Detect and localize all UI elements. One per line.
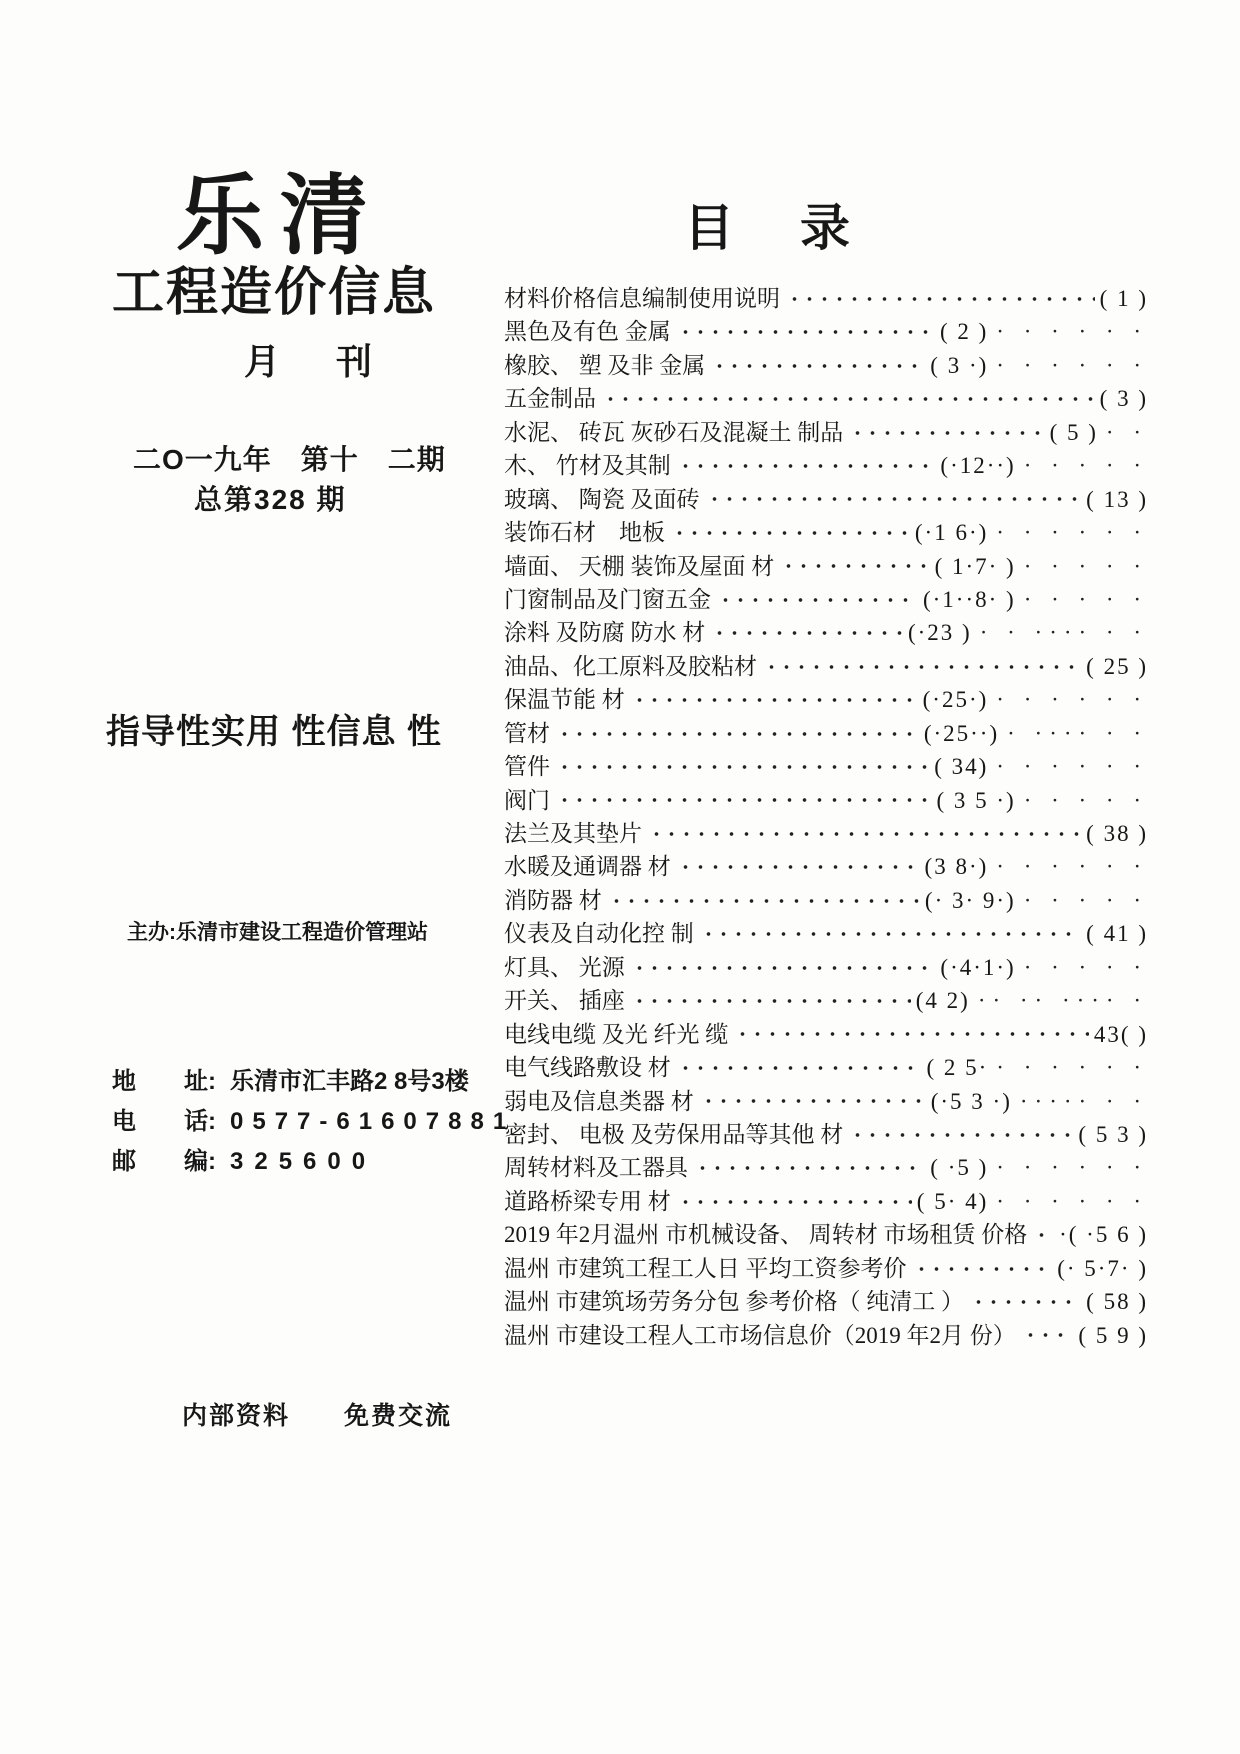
- periodicity-label: 月 刊: [244, 334, 382, 385]
- toc-entry-trail-dots: ·· ·· ···· ·: [970, 984, 1148, 1017]
- toc-entry-label: 温州 市建筑工程工人日 平均工资参考价: [504, 1252, 907, 1285]
- dot-leader: [601, 393, 1095, 405]
- toc-entry-label: 温州 市建筑场劳务分包 参考价格（ 纯清工 ）: [504, 1285, 964, 1318]
- toc-entry-page-number: ·( ·5 6 ): [1059, 1218, 1148, 1251]
- toc-entry-trail-dots: · · · · ·: [1016, 550, 1148, 583]
- toc-entry-label: 涂料 及防腐 防水 材: [504, 616, 705, 649]
- dot-leader: [676, 861, 920, 873]
- toc-entry: 水泥、 砖瓦 灰砂石及混凝土 制品 ( 5 ) · ·: [504, 416, 1148, 449]
- dot-leader: [630, 694, 918, 706]
- toc-entry: 涂料 及防腐 防水 材 (·23 ) · · ···· · ·: [504, 616, 1148, 649]
- journal-subtitle: 工程造价信息: [112, 250, 436, 325]
- dot-leader: [1032, 1229, 1054, 1241]
- toc-title: 目 录: [684, 188, 858, 260]
- toc-list: 材料价格信息编制使用说明 ( 1 ) 黑色及有色 金属 ( 2 ) · · · …: [504, 282, 1148, 1352]
- toc-entry: 五金制品 ( 3 ): [504, 382, 1148, 415]
- toc-entry: 温州 市建筑场劳务分包 参考价格（ 纯清工 ） ( 58 ): [504, 1285, 1148, 1318]
- toc-entry: 电气线路敷设 材 ( 2 5· · · · · · ·: [504, 1051, 1148, 1084]
- toc-entry-trail-dots: ····· · ·: [1012, 1085, 1148, 1118]
- toc-entry-label: 木、 竹材及其制: [504, 449, 671, 482]
- toc-entry: 门窗制品及门窗五金 (·1··8· ) · · · · ·: [504, 583, 1148, 616]
- toc-entry: 电线电缆 及光 纤光 缆 43( ): [504, 1018, 1148, 1051]
- dot-leader: [779, 560, 929, 572]
- toc-entry-page-number: (·25·): [923, 683, 989, 716]
- dot-leader: [762, 661, 1081, 673]
- contact-block: 地 址:乐清市汇丰路2 8号3楼 电 话:0577-61607881 邮 编:3…: [112, 1062, 515, 1182]
- toc-entry-page-number: ( 1 ): [1100, 282, 1148, 315]
- toc-entry-page-number: ( 38 ): [1086, 817, 1148, 850]
- toc-entry: 阀门 ( 3 5 ·) · · · · ·: [504, 784, 1148, 817]
- toc-entry-trail-dots: · · · · · ·: [988, 1151, 1148, 1184]
- dot-leader: [555, 794, 931, 806]
- toc-entry: 仪表及自动化控 制 ( 41 ): [504, 917, 1148, 950]
- toc-entry: 保温节能 材 (·25·) · · · · · ·: [504, 683, 1148, 716]
- toc-entry: 管件 ( 34) · · · · · ·: [504, 750, 1148, 783]
- dot-leader: [848, 1129, 1073, 1141]
- toc-entry: 2019 年2月温州 市机械设备、 周转材 市场租赁 价格 ·( ·5 6 ): [504, 1218, 1148, 1251]
- toc-entry: 装饰石材 地板 (·1 6·) · · · · · ·: [504, 516, 1148, 549]
- toc-entry-page-number: ( 41 ): [1086, 917, 1148, 950]
- dot-leader: [699, 1095, 926, 1107]
- toc-entry: 墙面、 天棚 装饰及屋面 材 ( 1·7· ) · · · · ·: [504, 550, 1148, 583]
- toc-entry-label: 玻璃、 陶瓷 及面砖: [504, 483, 700, 516]
- toc-entry-label: 温州 市建设工程人工市场信息价（2019 年2月 份）: [504, 1319, 1016, 1352]
- internal-material-note: 内部资料 免费交流: [182, 1396, 452, 1432]
- dot-leader: [969, 1296, 1081, 1308]
- toc-entry-page-number: 43( ): [1094, 1018, 1148, 1051]
- toc-entry-trail-dots: · · · · · ·: [988, 683, 1148, 716]
- toc-entry-label: 保温节能 材: [504, 683, 625, 716]
- postcode-line: 邮 编:325600: [112, 1142, 515, 1182]
- toc-entry-label: 电线电缆 及光 纤光 缆: [504, 1018, 728, 1051]
- address-value: 乐清市汇丰路2 8号3楼: [230, 1068, 469, 1095]
- dot-leader: [676, 1196, 912, 1208]
- dot-leader: [699, 928, 1081, 940]
- postcode-label: 邮 编:: [112, 1142, 230, 1182]
- toc-entry-trail-dots: · · · · · ·: [988, 850, 1148, 883]
- toc-entry-page-number: ( 34): [934, 750, 988, 783]
- toc-entry-page-number: ( 5 9 ): [1078, 1319, 1148, 1352]
- toc-entry-label: 装饰石材 地板: [504, 516, 665, 549]
- toc-entry-page-number: ( 5 3 ): [1078, 1118, 1148, 1151]
- toc-entry-page-number: ( 2 ): [940, 315, 988, 348]
- dot-leader: [912, 1262, 1053, 1274]
- toc-entry: 材料价格信息编制使用说明 ( 1 ): [504, 282, 1148, 315]
- toc-entry: 温州 市建筑工程工人日 平均工资参考价 (· 5·7· ): [504, 1252, 1148, 1285]
- toc-entry-page-number: (·23 ): [908, 616, 972, 649]
- scanned-journal-cover-page: 乐清 工程造价信息 月 刊 二О一九年 第十 二期 总第328 期 指导性实用 …: [0, 0, 1240, 1754]
- toc-entry-trail-dots: · · · · ·: [1016, 951, 1148, 984]
- toc-entry-trail-dots: · ···· · ·: [999, 717, 1148, 750]
- toc-entry-page-number: (·5 3 ·): [931, 1085, 1012, 1118]
- toc-entry-label: 2019 年2月温州 市机械设备、 周转材 市场租赁 价格: [504, 1218, 1027, 1251]
- toc-entry: 木、 竹材及其制 (·12··) · · · · ·: [504, 449, 1148, 482]
- toc-entry-page-number: (·25··): [924, 717, 999, 750]
- dot-leader: [676, 460, 936, 472]
- toc-entry-trail-dots: · ·: [1098, 416, 1148, 449]
- toc-entry: 橡胶、 塑 及非 金属 ( 3 ·) · · · · · ·: [504, 349, 1148, 382]
- address-label: 地 址:: [112, 1062, 230, 1102]
- dot-leader: [647, 828, 1081, 840]
- toc-entry-label: 阀门: [504, 784, 550, 817]
- toc-entry: 开关、 插座 (4 2) ·· ·· ···· ·: [504, 984, 1148, 1017]
- toc-entry-trail-dots: · · ···· · ·: [972, 616, 1148, 649]
- toc-entry-label: 开关、 插座: [504, 984, 625, 1017]
- toc-entry-label: 五金制品: [504, 382, 596, 415]
- toc-entry-label: 法兰及其垫片: [504, 817, 642, 850]
- dot-leader: [848, 426, 1044, 438]
- toc-entry-label: 门窗制品及门窗五金: [504, 583, 711, 616]
- toc-entry: 管材 (·25··) · ···· · ·: [504, 717, 1148, 750]
- address-line: 地 址:乐清市汇丰路2 8号3楼: [112, 1062, 515, 1102]
- toc-entry: 密封、 电极 及劳保用品等其他 材 ( 5 3 ): [504, 1118, 1148, 1151]
- toc-entry-page-number: (·1 6·): [915, 516, 988, 549]
- toc-entry-label: 弱电及信息类器 材: [504, 1085, 694, 1118]
- dot-leader: [710, 627, 903, 639]
- toc-entry: 道路桥梁专用 材 ( 5· 4) · · · · · ·: [504, 1185, 1148, 1218]
- toc-entry-page-number: ( 58 ): [1086, 1285, 1148, 1318]
- dot-leader: [733, 1028, 1089, 1040]
- phone-label: 电 话:: [112, 1102, 230, 1142]
- dot-leader: [676, 1062, 922, 1074]
- issue-total-number: 总第328 期: [194, 478, 347, 518]
- toc-entry-page-number: (3 8·): [925, 850, 989, 883]
- toc-entry: 周转材料及工器具 ( ·5 ) · · · · · ·: [504, 1151, 1148, 1184]
- toc-entry: 玻璃、 陶瓷 及面砖 ( 13 ): [504, 483, 1148, 516]
- toc-entry-page-number: ( 3 ·): [930, 349, 988, 382]
- toc-entry-label: 周转材料及工器具: [504, 1151, 688, 1184]
- issue-year-number: 二О一九年 第十 二期: [133, 438, 446, 478]
- toc-entry-label: 水暖及通调器 材: [504, 850, 671, 883]
- toc-entry-page-number: ( 5· 4): [917, 1185, 988, 1218]
- dot-leader: [630, 961, 936, 973]
- toc-entry-label: 灯具、 光源: [504, 951, 625, 984]
- toc-entry-label: 密封、 电极 及劳保用品等其他 材: [504, 1118, 843, 1151]
- toc-entry-page-number: ( 3 5 ·): [936, 784, 1015, 817]
- toc-entry-label: 仪表及自动化控 制: [504, 917, 694, 950]
- toc-entry-page-number: ( ·5 ): [930, 1151, 988, 1184]
- postcode-value: 325600: [230, 1148, 376, 1175]
- toc-entry-trail-dots: · · · · · ·: [988, 750, 1148, 783]
- toc-entry-label: 墙面、 天棚 装饰及屋面 材: [504, 550, 774, 583]
- toc-entry: 灯具、 光源 (·4·1·) · · · · ·: [504, 951, 1148, 984]
- toc-entry-label: 材料价格信息编制使用说明: [504, 282, 780, 315]
- phone-line: 电 话:0577-61607881: [112, 1102, 515, 1142]
- toc-entry-trail-dots: · · · · ·: [1016, 449, 1148, 482]
- dot-leader: [716, 594, 918, 606]
- dot-leader: [670, 527, 910, 539]
- toc-entry: 黑色及有色 金属 ( 2 ) · · · · · ·: [504, 315, 1148, 348]
- toc-entry-label: 油品、化工原料及胶粘材: [504, 650, 757, 683]
- toc-entry-page-number: (·1··8· ): [923, 583, 1016, 616]
- slogan: 指导性实用 性信息 性: [106, 704, 442, 753]
- toc-entry-label: 橡胶、 塑 及非 金属: [504, 349, 705, 382]
- toc-entry-page-number: ( 13 ): [1086, 483, 1148, 516]
- toc-entry: 油品、化工原料及胶粘材 ( 25 ): [504, 650, 1148, 683]
- toc-entry: 温州 市建设工程人工市场信息价（2019 年2月 份） ( 5 9 ): [504, 1319, 1148, 1352]
- toc-entry-label: 水泥、 砖瓦 灰砂石及混凝土 制品: [504, 416, 843, 449]
- toc-entry-label: 消防器 材: [504, 884, 602, 917]
- toc-entry-page-number: ( 1·7· ): [935, 550, 1016, 583]
- toc-entry-page-number: (· 3· 9·): [925, 884, 1016, 917]
- toc-entry: 消防器 材 (· 3· 9·) · · · · ·: [504, 884, 1148, 917]
- toc-entry-page-number: (·4·1·): [940, 951, 1015, 984]
- dot-leader: [555, 727, 919, 739]
- toc-entry-page-number: ( 25 ): [1086, 650, 1148, 683]
- dot-leader: [555, 761, 929, 773]
- dot-leader: [705, 493, 1082, 505]
- dot-leader: [693, 1162, 925, 1174]
- organizer-line: 主办:乐清市建设工程造价管理站: [127, 916, 428, 946]
- toc-entry-trail-dots: · · · · · ·: [988, 349, 1148, 382]
- toc-entry-trail-dots: · · · · · ·: [988, 315, 1148, 348]
- toc-entry-label: 管材: [504, 717, 550, 750]
- dot-leader: [785, 293, 1095, 305]
- dot-leader: [607, 895, 920, 907]
- toc-entry-page-number: ( 2 5·: [926, 1051, 988, 1084]
- toc-entry-page-number: (4 2): [916, 984, 970, 1017]
- toc-entry-label: 电气线路敷设 材: [504, 1051, 671, 1084]
- toc-entry-trail-dots: · · · · ·: [1016, 583, 1148, 616]
- toc-entry-page-number: (·12··): [940, 449, 1015, 482]
- toc-entry: 水暖及通调器 材 (3 8·) · · · · · ·: [504, 850, 1148, 883]
- toc-entry-page-number: (· 5·7· ): [1057, 1252, 1148, 1285]
- toc-entry-trail-dots: · · · · · ·: [988, 1051, 1148, 1084]
- toc-entry: 法兰及其垫片 ( 38 ): [504, 817, 1148, 850]
- toc-entry-trail-dots: · · · · · ·: [988, 1185, 1148, 1218]
- toc-entry: 弱电及信息类器 材 (·5 3 ·) ····· · ·: [504, 1085, 1148, 1118]
- toc-entry-trail-dots: · · · · ·: [1016, 784, 1148, 817]
- toc-entry-trail-dots: · · · · · ·: [988, 516, 1148, 549]
- dot-leader: [710, 360, 925, 372]
- dot-leader: [630, 995, 911, 1007]
- phone-value: 0577-61607881: [230, 1108, 515, 1135]
- toc-entry-page-number: ( 3 ): [1100, 382, 1148, 415]
- dot-leader: [676, 326, 935, 338]
- toc-entry-trail-dots: · · · · ·: [1016, 884, 1148, 917]
- dot-leader: [1021, 1329, 1074, 1341]
- toc-entry-label: 管件: [504, 750, 550, 783]
- toc-entry-label: 道路桥梁专用 材: [504, 1185, 671, 1218]
- toc-entry-label: 黑色及有色 金属: [504, 315, 671, 348]
- toc-entry-page-number: ( 5 ): [1050, 416, 1098, 449]
